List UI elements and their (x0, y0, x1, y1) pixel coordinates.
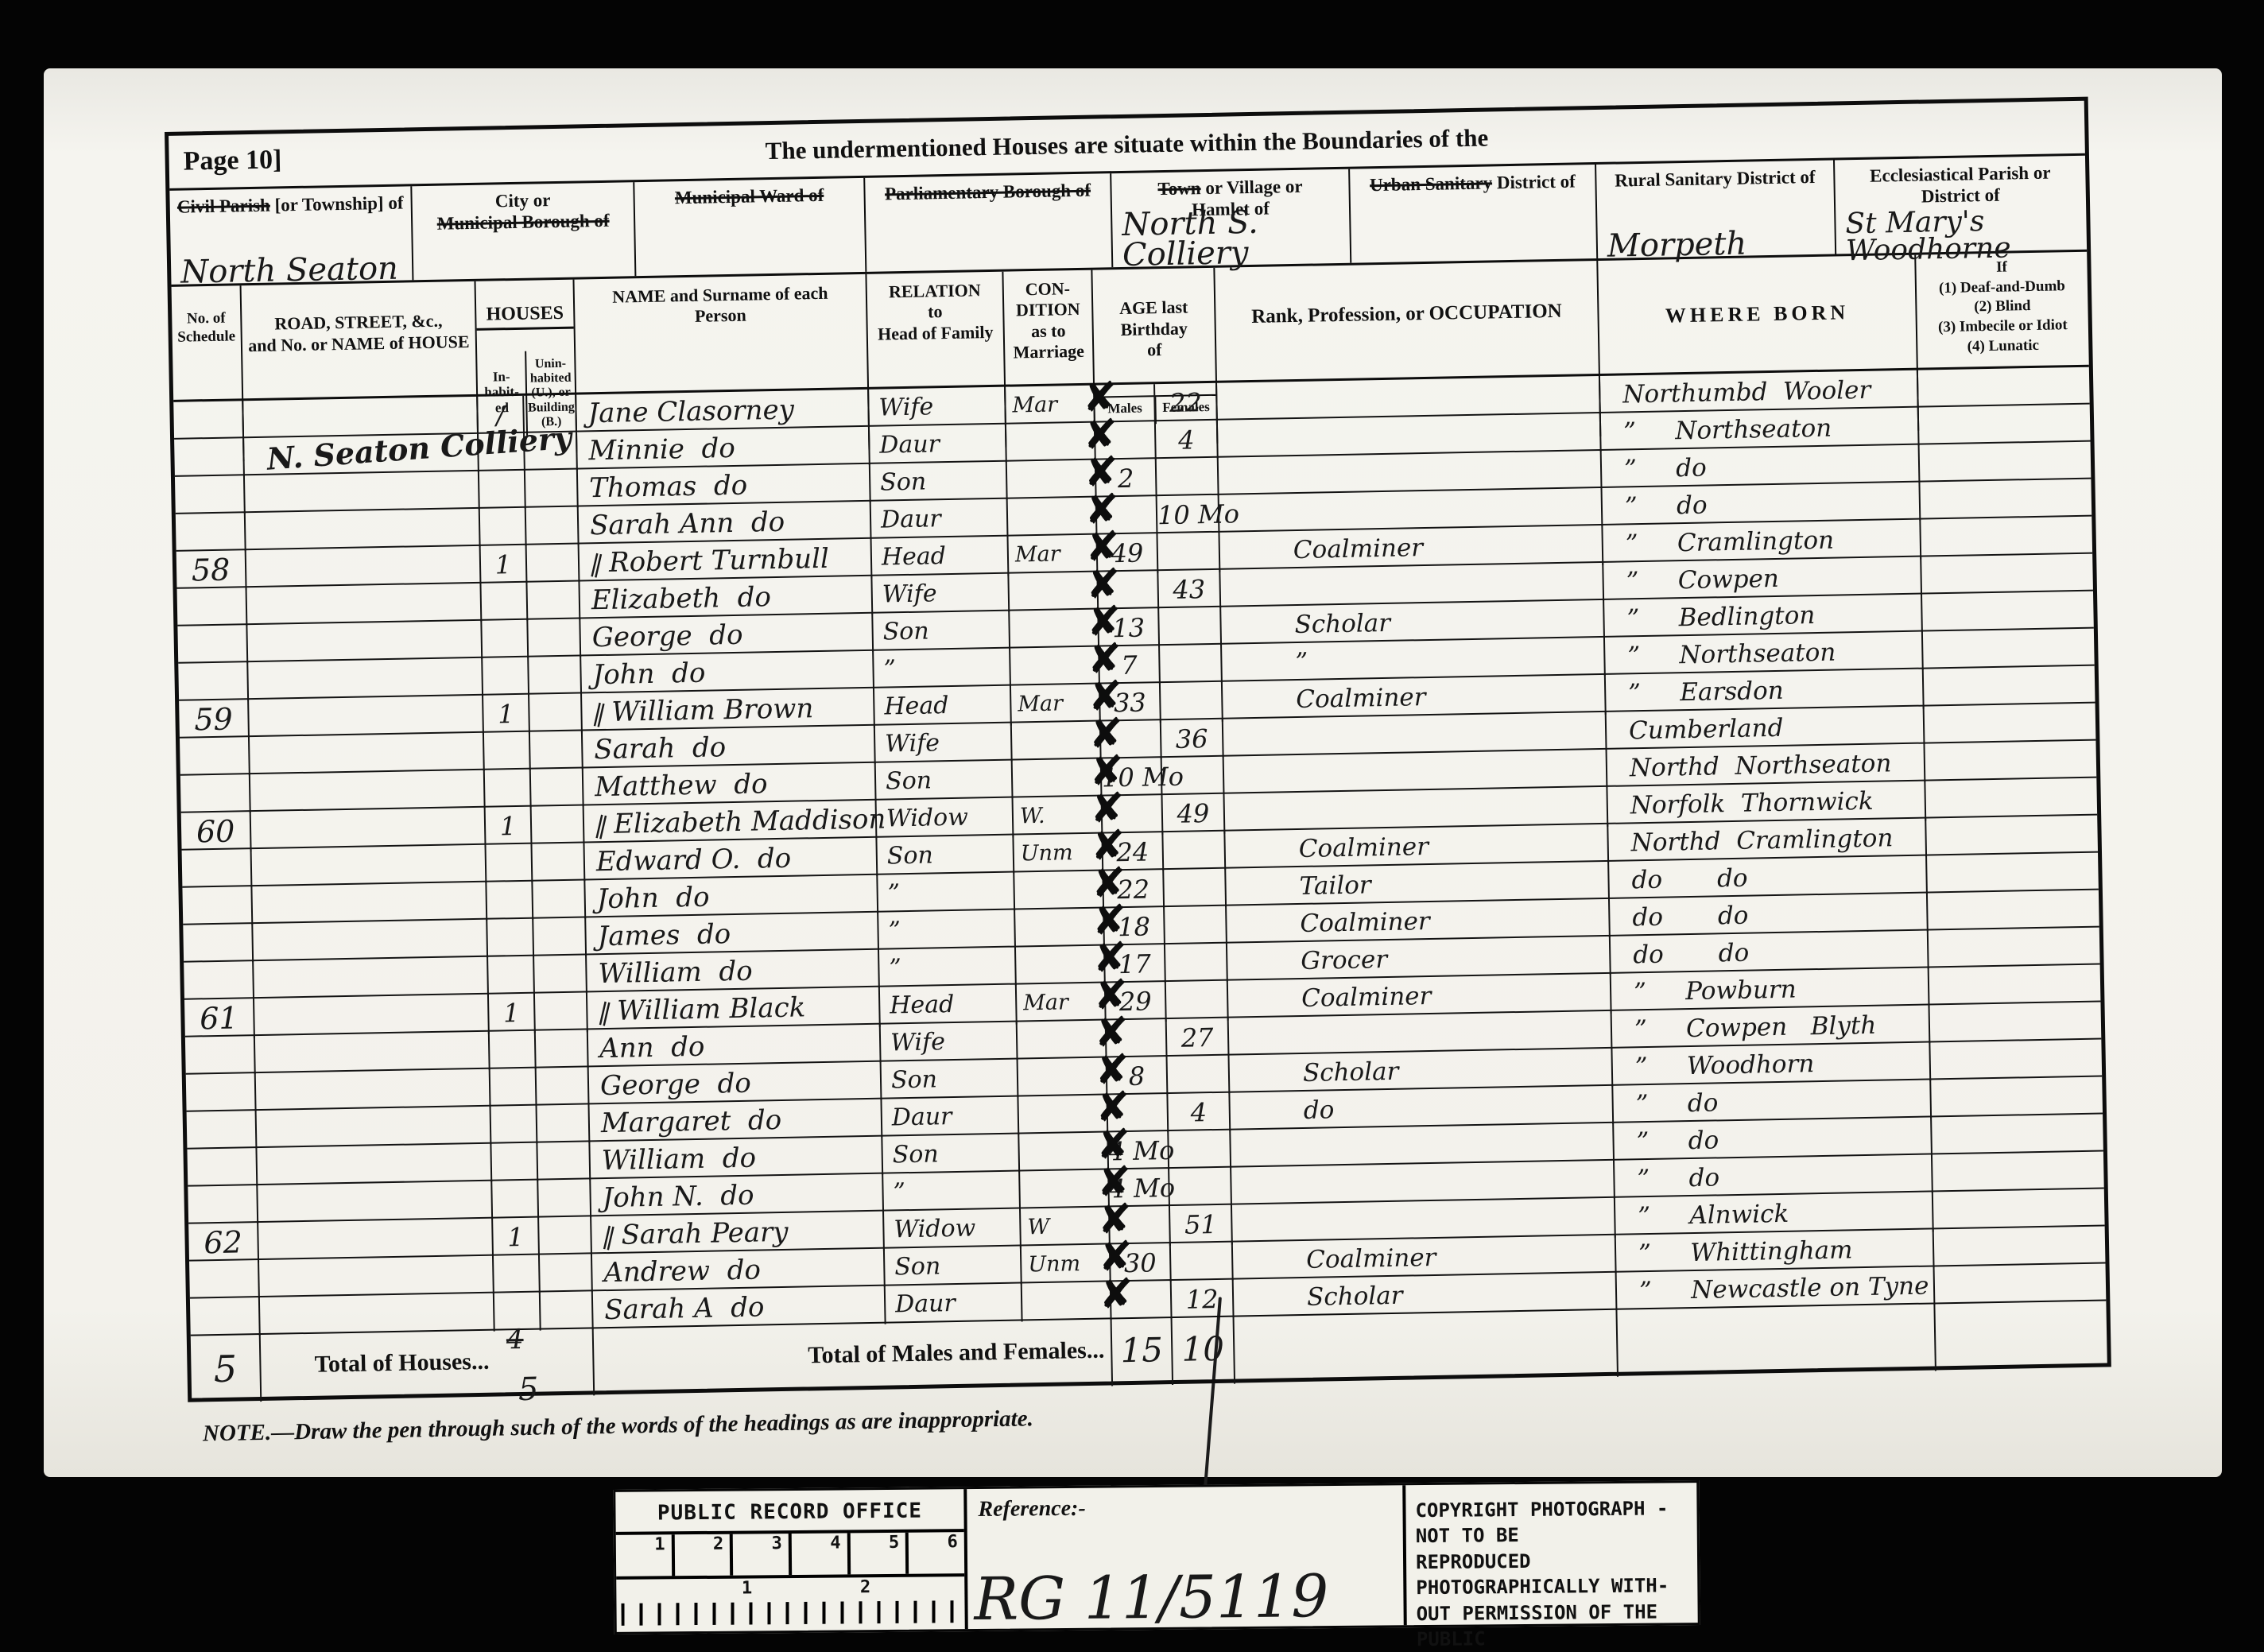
condition-text: W. (1014, 804, 1045, 829)
household-separator-mark: ‖ (595, 993, 614, 1033)
cell-relation: Daur (886, 1283, 1023, 1324)
cell-schedule-number (175, 475, 246, 515)
cell-schedule-number (187, 1111, 258, 1150)
person-name: Matthew do (595, 768, 768, 803)
cell-schedule-number (189, 1260, 260, 1300)
cell-name: James do (586, 913, 879, 956)
geography-label: Urban Sanitary District of (1350, 170, 1595, 196)
geography-label: Ecclesiastical Parish or District of (1835, 161, 2086, 209)
person-name: George do (600, 1068, 751, 1102)
cell-schedule-number: 62 (188, 1223, 259, 1264)
cell-houses-uninhabited (536, 1030, 589, 1068)
person-name: James do (597, 918, 731, 952)
cell-relation: Widow (884, 1208, 1022, 1251)
ruler-cm-number: 3 (771, 1534, 781, 1553)
cell-road (247, 621, 483, 663)
cell-road (245, 471, 480, 514)
cell-where-born: Northd Cramlington (1608, 819, 1927, 863)
cell-age-female: 4 (1168, 1093, 1231, 1132)
cross-mark: ✘ (1099, 1274, 1134, 1316)
cell-houses-uninhabited (528, 619, 581, 658)
cell-houses-inhabited: 1 (493, 1218, 540, 1258)
cell-road (257, 1144, 492, 1186)
cell-road (253, 920, 488, 962)
cell-where-born: do do (1609, 856, 1928, 900)
totals-schedule-count: 5 (191, 1335, 262, 1403)
cell-name: Matthew do (583, 763, 877, 807)
cell-houses-inhabited (494, 1255, 541, 1294)
cell-houses-uninhabited (529, 657, 582, 696)
geography-cell: Civil Parish [or Township] ofNorth Seato… (169, 186, 413, 285)
cell-condition: Mar✘ (1008, 535, 1098, 576)
cell-infirmity (1920, 442, 2091, 483)
cell-age-female (1168, 1056, 1231, 1095)
person-name: William Brown (611, 692, 814, 728)
cell-houses-inhabited (491, 1106, 538, 1145)
cell-road (252, 882, 487, 925)
cell-houses-uninhabited (527, 582, 580, 621)
cell-relation: Wife (875, 723, 1013, 764)
cell-schedule-number (182, 886, 253, 926)
cell-houses-inhabited (481, 583, 528, 622)
cell-houses-uninhabited (525, 470, 579, 509)
cell-schedule-number (183, 924, 254, 964)
cell-houses-inhabited (483, 657, 529, 696)
cell-infirmity (1921, 517, 2092, 560)
cell-condition: ✘ (1015, 909, 1105, 948)
cell-where-born: ” do (1613, 1080, 1932, 1123)
cell-infirmity (1920, 479, 2091, 521)
ruler-cm-segment: 1 (616, 1534, 675, 1576)
person-name: Sarah do (594, 731, 727, 766)
cell-relation: Widow (877, 798, 1014, 840)
cell-houses-inhabited (479, 471, 526, 510)
cell-relation: Son (877, 836, 1014, 876)
cell-road (255, 1032, 490, 1074)
stamp-ruler-inches: 1 2 (616, 1576, 965, 1632)
cell-age-female (1161, 682, 1223, 723)
cell-road (257, 1107, 492, 1149)
cell-age-female (1163, 832, 1226, 871)
person-name: Elizabeth do (591, 581, 772, 616)
cell-condition: ✘ (1022, 1282, 1112, 1321)
cell-age-female (1160, 645, 1223, 684)
totals-houses-value: 4 5 (495, 1328, 595, 1397)
cell-relation: Son (882, 1060, 1019, 1100)
household-separator-mark: ‖ (587, 545, 607, 584)
ruler-ticks (621, 1600, 959, 1626)
cell-name: Jane Clasorney (576, 390, 870, 433)
cell-where-born: do do (1611, 931, 1929, 975)
household-separator-mark: ‖ (591, 806, 611, 846)
condition-text: Mar (1009, 541, 1060, 567)
cell-schedule-number (177, 625, 248, 665)
cell-houses-uninhabited (537, 1142, 591, 1181)
cell-condition: W✘ (1021, 1207, 1111, 1248)
cell-infirmity (1923, 629, 2095, 670)
cell-infirmity (1928, 890, 2099, 932)
cell-houses-uninhabited (540, 1254, 593, 1293)
cell-houses-uninhabited (527, 545, 580, 585)
cell-infirmity (1921, 554, 2093, 595)
cell-relation: Head (872, 537, 1010, 579)
cell-houses-inhabited (488, 956, 535, 995)
cell-where-born: ” Woodhorn (1612, 1042, 1931, 1086)
census-form: Page 10] The undermentioned Houses are s… (165, 97, 2112, 1448)
cell-condition: ✘ (1007, 460, 1097, 500)
person-name: John N. do (602, 1180, 754, 1214)
cell-houses-inhabited (487, 882, 533, 921)
cell-name: George do (580, 614, 874, 657)
totals-males-females-label: Total of Males and Females... (594, 1319, 1113, 1395)
cell-age-female (1164, 869, 1227, 908)
cell-where-born: ” do (1603, 483, 1921, 526)
public-record-office-stamp: PUBLIC RECORD OFFICE 123456 1 2 Referenc… (613, 1480, 1700, 1635)
cell-where-born: ” Bedlington (1604, 595, 1923, 638)
person-name: Minnie do (588, 432, 735, 467)
ruler-cm-number: 2 (713, 1534, 723, 1554)
ruler-cm-number: 4 (830, 1533, 840, 1553)
cell-relation: Wife (872, 574, 1010, 615)
cell-houses-inhabited (491, 1143, 538, 1182)
photograph-background: Page 10] The undermentioned Houses are s… (0, 0, 2264, 1652)
cell-schedule-number (190, 1297, 261, 1337)
cell-where-born: ” do (1614, 1117, 1933, 1161)
ruler-cm-number: 1 (654, 1534, 665, 1554)
cell-houses-uninhabited (533, 880, 586, 919)
cell-condition: Unm✘ (1014, 834, 1103, 874)
totals-where-born-blank (1617, 1304, 1936, 1376)
cell-schedule-number: 61 (184, 999, 255, 1040)
cell-infirmity (1929, 928, 2100, 969)
cell-houses-uninhabited (532, 805, 585, 846)
cell-schedule-number (187, 1148, 258, 1188)
cell-where-born: ” do (1615, 1154, 1933, 1198)
cell-houses-uninhabited (535, 992, 588, 1033)
cell-condition: ✘ (1016, 945, 1106, 985)
cell-infirmity (1934, 1227, 2106, 1268)
geography-handwritten-value: North Seaton (180, 254, 398, 288)
cell-age-female (1169, 1130, 1231, 1169)
cell-schedule-number (188, 1185, 258, 1225)
cell-relation: Daur (871, 499, 1009, 540)
cell-relation: ” (874, 649, 1011, 689)
cell-houses-inhabited (485, 770, 532, 809)
cell-condition: ✘ (1014, 871, 1104, 911)
condition-text: Unm (1022, 1251, 1080, 1277)
person-name: Margaret do (601, 1104, 782, 1139)
cell-schedule-number (174, 438, 245, 478)
household-separator-mark: ‖ (589, 694, 609, 734)
cell-name: John do (585, 875, 878, 919)
cell-where-born: Cumberland (1607, 707, 1925, 750)
person-name: Elizabeth Maddison (614, 804, 886, 840)
cell-age-female: 10 Mo (1157, 495, 1220, 534)
cell-age-female (1169, 1168, 1232, 1207)
cell-houses-uninhabited (532, 843, 585, 882)
cell-relation: Head (880, 985, 1018, 1027)
cell-age-female (1165, 944, 1228, 983)
cell-name: John do (581, 651, 874, 695)
ruler-cm-segment: 5 (850, 1533, 909, 1575)
cell-infirmity (1925, 741, 2096, 782)
cell-road (246, 509, 481, 551)
cell-houses-uninhabited (529, 693, 583, 734)
geography-cell: Ecclesiastical Parish or District ofSt M… (1835, 156, 2087, 254)
cell-condition: ✘ (1009, 572, 1099, 612)
stamp-reference-section: Reference:- RG 11/5119 (963, 1485, 1407, 1629)
cell-condition: ✘ (1018, 1095, 1108, 1134)
cell-name: Sarah Ann do (579, 502, 872, 545)
cell-houses-uninhabited (534, 955, 587, 994)
cell-age-female (1157, 533, 1220, 573)
cell-where-born: Northd Northseaton (1607, 744, 1926, 788)
cell-name: Margaret do (590, 1099, 883, 1143)
cell-relation: Head (874, 686, 1012, 728)
cell-road (259, 1256, 494, 1298)
cell-condition: ✘ (1018, 1020, 1107, 1060)
cell-name: John N. do (591, 1174, 884, 1218)
census-table-body: /Jane ClasorneyWifeMar✘22Northumbd Woole… (173, 367, 2106, 1335)
person-name: George do (591, 619, 742, 653)
cell-houses-uninhabited (530, 731, 583, 770)
geography-label: Municipal Ward of (634, 184, 863, 209)
person-name: Sarah Peary (621, 1216, 789, 1251)
condition-text: Unm (1014, 840, 1073, 866)
cell-relation: Son (882, 1134, 1020, 1175)
cell-infirmity (1918, 367, 2090, 409)
reference-value: RG 11/5119 (974, 1567, 1328, 1629)
cell-condition: ✘ (1019, 1132, 1109, 1172)
cell-houses-uninhabited (537, 1104, 591, 1143)
cell-condition: Mar✘ (1011, 684, 1101, 726)
cell-schedule-number: 59 (179, 700, 250, 741)
geography-cell: Urban Sanitary District of (1350, 165, 1598, 263)
cell-houses-uninhabited (526, 507, 580, 546)
cell-name: Sarah A do (593, 1286, 886, 1330)
cell-houses-inhabited: 1 (481, 545, 528, 586)
geography-label: City or Municipal Borough of (412, 188, 634, 235)
cell-age-female: 22 (1155, 383, 1218, 422)
cell-houses-uninhabited (537, 1067, 590, 1106)
cell-relation: Son (870, 462, 1008, 502)
cell-infirmity (1931, 1077, 2103, 1119)
cell-houses-inhabited (482, 620, 529, 659)
person-name: Robert Turnbull (609, 543, 830, 579)
geography-cell: Town or Village or Hamlet ofNorth S. Col… (1111, 169, 1351, 267)
cell-infirmity (1927, 853, 2099, 894)
cell-condition: ✘ (1012, 722, 1102, 762)
household-separator-mark: ‖ (599, 1217, 618, 1257)
cell-condition: W.✘ (1014, 797, 1103, 838)
cell-houses-inhabited (490, 1031, 537, 1070)
cell-infirmity (1933, 1152, 2104, 1193)
cell-relation: Daur (870, 425, 1007, 465)
page-number-label: Page 10] (183, 145, 281, 176)
ruler-cm-segment: 2 (674, 1534, 733, 1576)
cell-where-born: ” Cowpen (1603, 557, 1922, 601)
cell-road (260, 1293, 495, 1336)
cell-where-born: do do (1610, 894, 1929, 937)
cell-name: Ann do (588, 1025, 882, 1068)
cell-age-female (1157, 458, 1219, 497)
geography-label: Civil Parish [or Township] of (169, 192, 410, 218)
cell-condition: Mar✘ (1006, 386, 1095, 425)
cell-age-female: 51 (1170, 1205, 1233, 1246)
cell-condition: ✘ (1018, 1057, 1108, 1097)
column-header-road-label: ROAD, STREET, &c., and No. or NAME of HO… (242, 310, 475, 356)
cell-houses-inhabited: 1 (483, 695, 530, 735)
ruler-cm-segment: 3 (733, 1534, 792, 1576)
cell-infirmity (1925, 704, 2096, 745)
person-name: John do (596, 882, 709, 916)
cell-relation: Wife (869, 387, 1006, 428)
cell-age-female (1162, 757, 1225, 796)
cell-where-born: Northumbd Wooler (1600, 370, 1919, 414)
cell-relation: Wife (881, 1022, 1018, 1063)
cell-name: Minnie do (577, 427, 870, 471)
stamp-office-title: PUBLIC RECORD OFFICE (615, 1489, 963, 1535)
person-name: William do (598, 956, 753, 991)
cell-condition: Unm✘ (1022, 1244, 1111, 1284)
cell-road (254, 957, 489, 999)
stamp-copyright-text: COPYRIGHT PHOTOGRAPH - NOT TO BE REPRODU… (1405, 1483, 1698, 1625)
totals-houses-label: Total of Houses... (261, 1331, 496, 1402)
cell-condition: ✘ (1010, 647, 1100, 687)
cell-age-female: 12 (1172, 1280, 1235, 1319)
cell-age-female: 43 (1158, 570, 1221, 609)
cell-age-female (1166, 981, 1229, 1022)
form-frame: Page 10] The undermentioned Houses are s… (165, 97, 2111, 1402)
cell-condition: ✘ (1020, 1169, 1110, 1209)
ruler-cm-segment: 6 (909, 1532, 964, 1574)
cell-schedule-number (178, 662, 249, 702)
person-name: Ann do (599, 1031, 705, 1064)
cell-houses-inhabited (480, 508, 527, 547)
totals-houses-struck-value: 4 (506, 1324, 524, 1355)
cell-infirmity (1919, 405, 2091, 446)
cell-where-born: ” Newcastle on Tyne (1617, 1266, 1936, 1310)
cell-relation: ” (883, 1171, 1021, 1212)
cell-schedule-number (180, 774, 251, 814)
geography-label: Parliamentary Borough of (865, 179, 1110, 205)
cell-condition: ✘ (1013, 759, 1103, 799)
census-page-sheet: Page 10] The undermentioned Houses are s… (44, 68, 2222, 1477)
cell-road (247, 584, 483, 626)
cell-infirmity (1926, 816, 2098, 857)
cell-infirmity (1924, 666, 2095, 709)
cell-name: Edward O. do (584, 838, 878, 882)
age-title: AGE last Birthday of (1093, 289, 1215, 375)
cell-houses-inhabited (484, 732, 531, 771)
cell-where-born: ” Northseaton (1601, 408, 1920, 452)
cell-where-born: ” Whittingham (1616, 1229, 1935, 1273)
cell-infirmity (1932, 1115, 2103, 1156)
totals-houses-corrected-value: 5 (518, 1371, 539, 1408)
cell-age-female (1171, 1243, 1234, 1282)
cell-relation: Daur (882, 1097, 1019, 1138)
cell-age-female (1159, 607, 1222, 646)
cell-houses-inhabited (492, 1181, 539, 1220)
cell-road (252, 845, 487, 887)
person-name: John do (592, 657, 705, 692)
cell-age-female: 4 (1156, 421, 1219, 460)
cell-name: William do (587, 950, 880, 994)
person-name: Thomas do (589, 470, 748, 505)
cell-relation: Son (873, 611, 1010, 652)
cell-schedule-number (182, 849, 253, 889)
totals-infirmity-blank (1935, 1301, 2107, 1371)
condition-text: Mar (1017, 990, 1068, 1015)
cell-houses-uninhabited (533, 917, 587, 956)
cell-name: Elizabeth do (580, 576, 873, 620)
cell-where-born: ” do (1602, 445, 1921, 489)
cell-infirmity (1930, 1040, 2102, 1081)
cell-name: William do (590, 1137, 883, 1181)
geography-cell: Municipal Ward of (634, 178, 866, 276)
cell-age-female: 49 (1162, 794, 1225, 835)
cell-houses-inhabited: 1 (489, 994, 536, 1034)
cell-age-female: 27 (1167, 1018, 1230, 1057)
person-name: William do (601, 1142, 756, 1177)
cell-schedule-number (176, 513, 246, 553)
cell-road (250, 770, 486, 812)
cell-where-born: ” Cowpen Blyth (1612, 1005, 1931, 1049)
cell-schedule-number: 60 (181, 812, 252, 853)
person-name: Sarah Ann do (590, 506, 785, 541)
geography-label: Rural Sanitary District of (1596, 166, 1833, 192)
cell-houses-uninhabited (539, 1216, 592, 1257)
totals-occupation-blank (1235, 1310, 1619, 1384)
cell-schedule-number (184, 961, 254, 1001)
cell-road (248, 658, 483, 700)
ruler-cm-segment: 4 (792, 1533, 851, 1575)
cell-infirmity (1929, 965, 2101, 1008)
cell-houses-uninhabited (538, 1179, 591, 1218)
cell-age-female: 36 (1161, 719, 1224, 758)
geography-cell: City or Municipal Borough of (412, 182, 636, 280)
stamp-ruler-cm: 123456 (616, 1532, 964, 1580)
cell-name: Sarah do (583, 726, 876, 770)
stamp-ruler-section: PUBLIC RECORD OFFICE 123456 1 2 (615, 1489, 965, 1632)
cell-relation: Son (876, 761, 1014, 801)
cell-road (258, 1181, 493, 1223)
person-name: Jane Clasorney (587, 394, 794, 430)
cell-infirmity (1925, 778, 2097, 821)
cell-condition: Mar✘ (1017, 983, 1107, 1024)
person-name: Edward O. do (596, 843, 792, 878)
cell-infirmity (1922, 591, 2094, 633)
ruler-inch-1: 1 (742, 1578, 752, 1598)
cell-infirmity (1935, 1263, 2107, 1305)
cell-condition: ✘ (1006, 423, 1096, 463)
condition-text: W (1021, 1215, 1049, 1240)
cell-infirmity (1930, 1002, 2102, 1044)
person-name: William Black (617, 991, 806, 1026)
cell-houses-uninhabited (541, 1291, 594, 1330)
ruler-cm-number: 6 (947, 1532, 957, 1552)
person-name: Andrew do (603, 1255, 761, 1289)
totals-females-value: 10 (1173, 1317, 1236, 1385)
ruler-cm-number: 5 (889, 1533, 899, 1553)
cell-name: George do (589, 1062, 882, 1106)
cell-condition: ✘ (1008, 498, 1098, 537)
condition-text: Mar (1006, 392, 1057, 417)
geography-handwritten-value: St Mary's Woodhorne (1845, 207, 2011, 265)
cell-houses-inhabited (490, 1068, 537, 1107)
geography-handwritten-value: North S. Colliery (1122, 206, 1350, 270)
cell-infirmity (1933, 1189, 2105, 1232)
